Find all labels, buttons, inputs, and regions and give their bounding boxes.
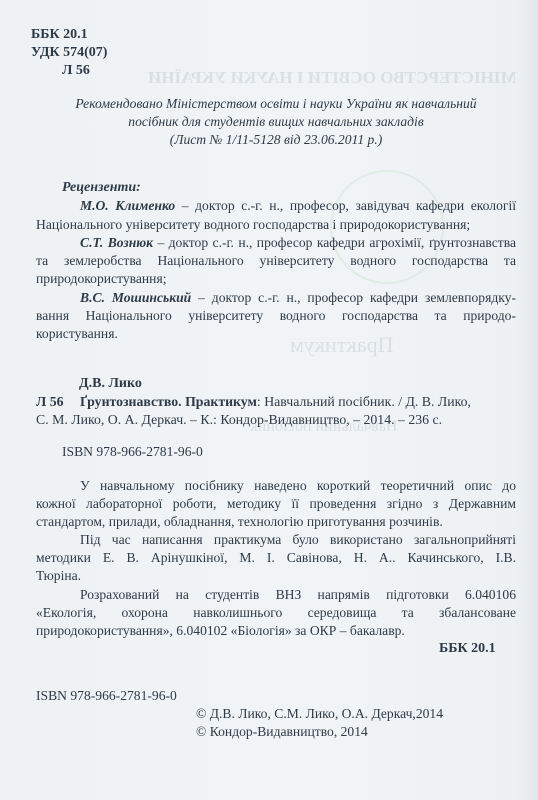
recommendation-line-2: посібник для студентів вищих навчальних …: [36, 114, 516, 130]
reviewers-heading: Рецензенти:: [62, 180, 141, 196]
reviewer-1-line-2: Національного університету водного госпо…: [36, 217, 516, 233]
reviewer-1-name: М.О. Клименко: [80, 198, 175, 213]
abstract-p3-line-3: природокористування», 6.040102 «Біологія…: [36, 623, 516, 639]
udk-index: УДК 574(07): [31, 45, 107, 61]
recommendation-line-1: Рекомендовано Міністерством освіти і нау…: [36, 96, 516, 112]
bib-line-2: С. М. Лико, О. А. Деркач. – К.: Кондор-В…: [36, 412, 516, 428]
abstract-p1-line-2: кожної лабораторної роботи, методику її …: [36, 496, 516, 512]
recommendation-letter: (Лист № 1/11-5128 від 23.06.2011 р.): [36, 132, 516, 148]
reviewer-2-name: С.Т. Вознюк: [80, 235, 153, 250]
reviewer-2-line-1: С.Т. Вознюк – доктор с.-г. н., професор …: [36, 235, 516, 251]
bib-isbn: ISBN 978-966-2781-96-0: [62, 444, 203, 460]
abstract-p3-line-2: «Екологія, охорона навколишнього середов…: [36, 605, 516, 621]
copyright-publisher: © Кондор-Видавництво, 2014: [196, 724, 368, 740]
reviewer-3-line-2: вання Національного університету водного…: [36, 308, 516, 324]
reviewer-2-line-3: природокористування;: [36, 271, 516, 287]
bib-code: Л 56: [36, 394, 80, 410]
copyright-authors: © Д.В. Лико, С.М. Лико, О.А. Деркач,2014: [196, 706, 443, 722]
footer-isbn: ISBN 978-966-2781-96-0: [36, 688, 177, 704]
abstract-bbk: ББК 20.1: [439, 641, 496, 657]
bbk-index: ББК 20.1: [31, 27, 88, 43]
abstract-p2-line-1: Під час написання практикума було викори…: [36, 532, 516, 548]
abstract-p2-line-3: Тюріна.: [36, 568, 516, 584]
abstract-p2-line-2: методики Е. В. Арінушкіної, М. І. Савіно…: [36, 550, 516, 566]
reviewer-3-name: В.С. Мошинський: [80, 290, 191, 305]
reviewer-3-line-1: В.С. Мошинський – доктор с.-г. н., профе…: [36, 290, 516, 306]
bib-author: Д.В. Лико: [79, 376, 142, 392]
author-mark: Л 56: [62, 63, 90, 79]
reviewer-2-line-2: та землеробства Національного університе…: [36, 253, 516, 269]
abstract-p1-line-3: стандартом, прилади, обладнання, техноло…: [36, 514, 516, 530]
bib-title-line: Л 56Ґрунтознавство. Практикум: Навчальни…: [36, 394, 516, 410]
show-through-ministry: МІНІСТЕРСТВО ОСВІТИ І НАУКИ УКРАЇНИ: [148, 68, 516, 88]
bib-title: Ґрунтознавство. Практикум: [80, 394, 257, 409]
abstract-p3-line-1: Розрахований на студентів ВНЗ напрямів п…: [36, 587, 516, 603]
reviewer-3-line-3: користування.: [36, 326, 516, 342]
reviewer-1-line-1: М.О. Клименко – доктор с.-г. н., професо…: [36, 198, 516, 214]
book-page: МІНІСТЕРСТВО ОСВІТИ І НАУКИ УКРАЇНИ Прак…: [0, 0, 538, 800]
abstract-p1-line-1: У навчальному посібнику наведено коротки…: [36, 478, 516, 494]
